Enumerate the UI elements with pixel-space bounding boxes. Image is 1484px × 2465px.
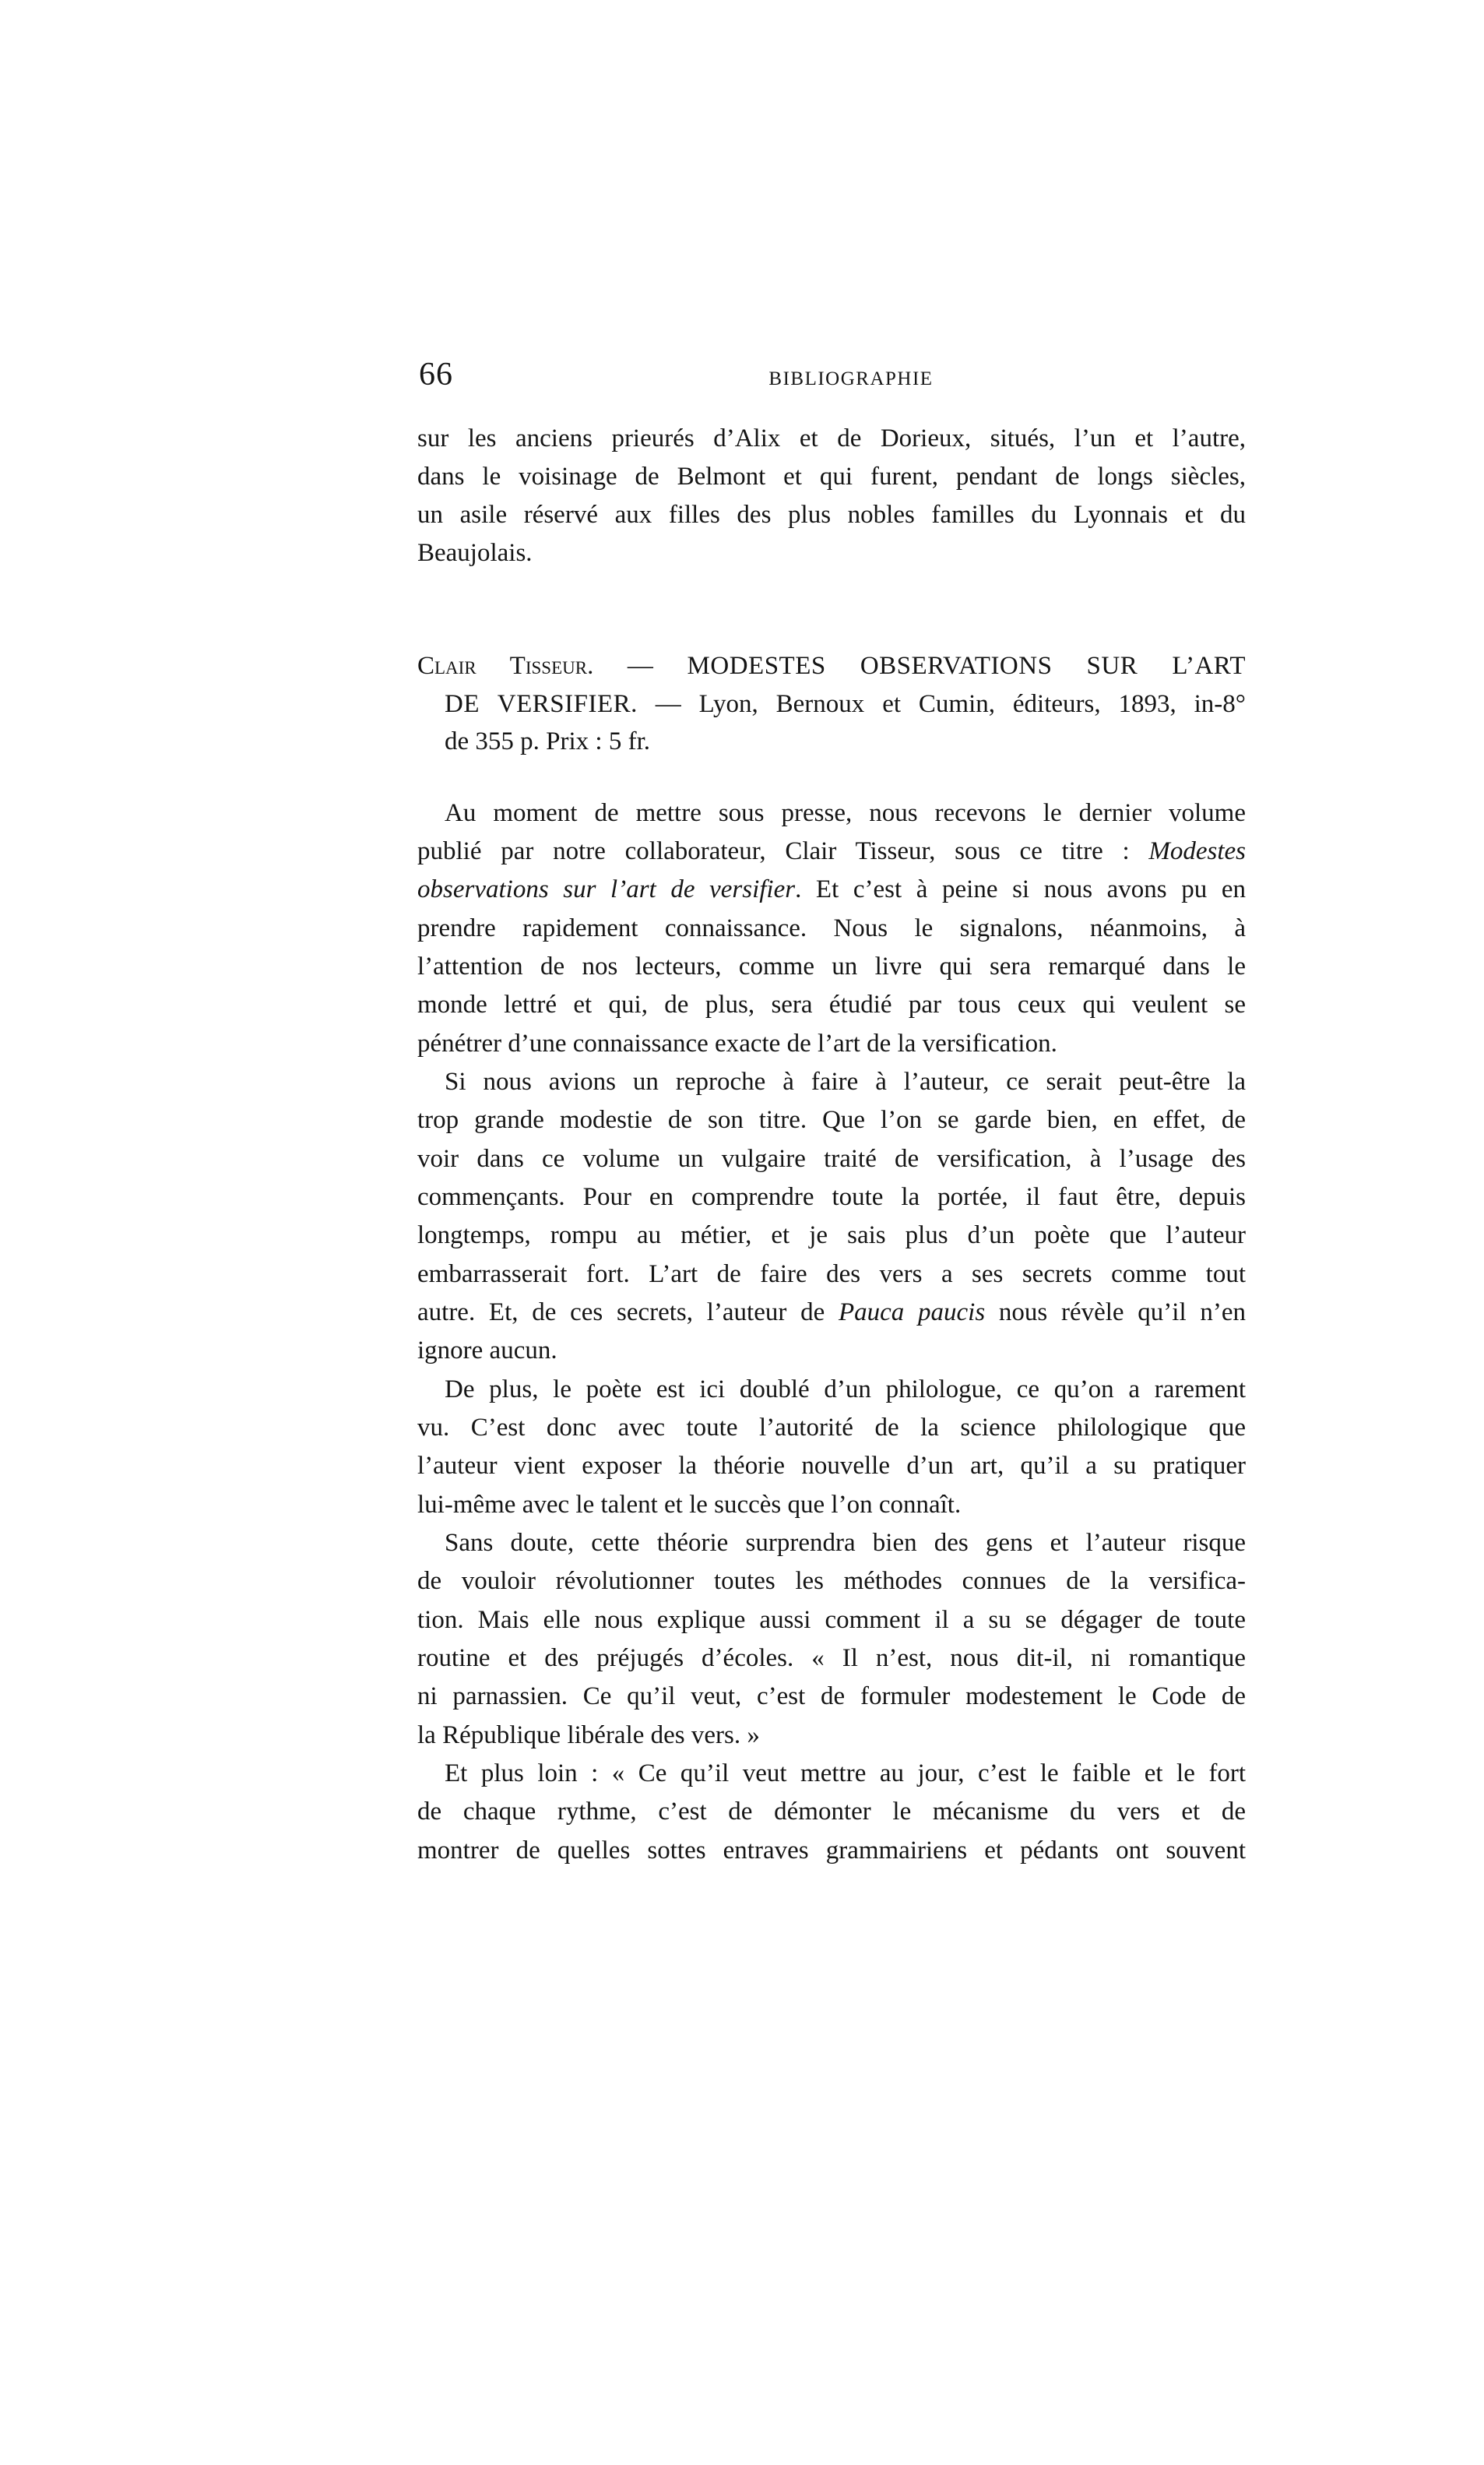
paragraph-2-line: Si nous avions un reproche à faire à l’a…: [445, 1066, 1246, 1097]
paragraph-1-line: publié par notre collaborateur, Clair Ti…: [417, 836, 1246, 867]
entry-author: Clair Tisseur.: [417, 652, 593, 680]
text-line: un asile réservé aux filles des plus nob…: [417, 499, 1246, 530]
paragraph-2-line: trop grande modestie de son titre. Que l…: [417, 1104, 1246, 1136]
paragraph-2-line: commençants. Pour en comprendre toute la…: [417, 1181, 1246, 1213]
paragraph-3-line: lui-même avec le talent et le succès que…: [417, 1489, 1246, 1520]
paragraph-3-line: vu. C’est donc avec toute l’autorité de …: [417, 1412, 1246, 1443]
paragraph-4-line: de vouloir révolutionner toutes les méth…: [417, 1565, 1246, 1597]
paragraph-2-line: longtemps, rompu au métier, et je sais p…: [417, 1220, 1246, 1251]
paragraph-2-line: ignore aucun.: [417, 1335, 1246, 1366]
paragraph-4-line: la République libérale des vers. »: [417, 1720, 1246, 1751]
entry-imprint: — Lyon, Bernoux et Cumin, éditeurs, 1893…: [638, 690, 1246, 718]
paragraph-1-line: l’attention de nos lecteurs, comme un li…: [417, 951, 1246, 982]
paragraph-4-line: Sans doute, cette théorie surprendra bie…: [445, 1527, 1246, 1558]
paragraph-1-line: Au moment de mettre sous presse, nous re…: [445, 798, 1246, 829]
book-title-italic: Modestes: [1148, 837, 1246, 865]
paragraph-1-line: pénétrer d’une connaissance exacte de l’…: [417, 1028, 1246, 1059]
paragraph-3-line: De plus, le poète est ici doublé d’un ph…: [445, 1374, 1246, 1405]
book-page: 66 BIBLIOGRAPHIE sur les anciens prieuré…: [0, 0, 1484, 2465]
entry-title-cont: DE VERSIFIER.: [445, 690, 638, 718]
entry-title: MODESTES OBSERVATIONS SUR L’ART: [687, 652, 1246, 680]
paragraph-2-line: embarrasserait fort. L’art de faire des …: [417, 1259, 1246, 1290]
paragraph-4-line: routine et des préjugés d’écoles. « Il n…: [417, 1643, 1246, 1674]
entry-imprint-line: de 355 p. Prix : 5 fr.: [445, 726, 1246, 757]
paragraph-3-line: l’auteur vient exposer la théorie nouvel…: [417, 1450, 1246, 1481]
paragraph-1-line: monde lettré et qui, de plus, sera étudi…: [417, 989, 1246, 1020]
paragraph-1-line: observations sur l’art de versifier. Et …: [417, 874, 1246, 905]
paragraph-5-line: montrer de quelles sottes entraves gramm…: [417, 1835, 1246, 1866]
text-line: Beaujolais.: [417, 537, 1246, 569]
book-title-italic: observations sur l’art de versifier: [417, 875, 795, 903]
paragraph-2-line: autre. Et, de ces secrets, l’auteur de P…: [417, 1297, 1246, 1328]
running-head: 66 BIBLIOGRAPHIE: [417, 357, 1246, 393]
paragraph-4-line: ni parnassien. Ce qu’il veut, c’est de f…: [417, 1681, 1246, 1712]
paragraph-1-line: prendre rapidement connaissance. Nous le…: [417, 913, 1246, 944]
paragraph-2-line: voir dans ce volume un vulgaire traité d…: [417, 1143, 1246, 1174]
book-title-italic: Pauca paucis: [839, 1298, 985, 1326]
paragraph-5-line: Et plus loin : « Ce qu’il veut mettre au…: [445, 1758, 1246, 1789]
paragraph-5-line: de chaque rythme, c’est de démonter le m…: [417, 1796, 1246, 1827]
running-title: BIBLIOGRAPHIE: [417, 368, 1246, 391]
paragraph-4-line: tion. Mais elle nous explique aussi comm…: [417, 1604, 1246, 1636]
text-line: sur les anciens prieurés d’Alix et de Do…: [417, 423, 1246, 454]
entry-heading-line-2: DE VERSIFIER. — Lyon, Bernoux et Cumin, …: [445, 688, 1246, 720]
entry-heading-line-1: Clair Tisseur. — MODESTES OBSERVATIONS S…: [417, 650, 1246, 681]
text-line: dans le voisinage de Belmont et qui fure…: [417, 461, 1246, 492]
